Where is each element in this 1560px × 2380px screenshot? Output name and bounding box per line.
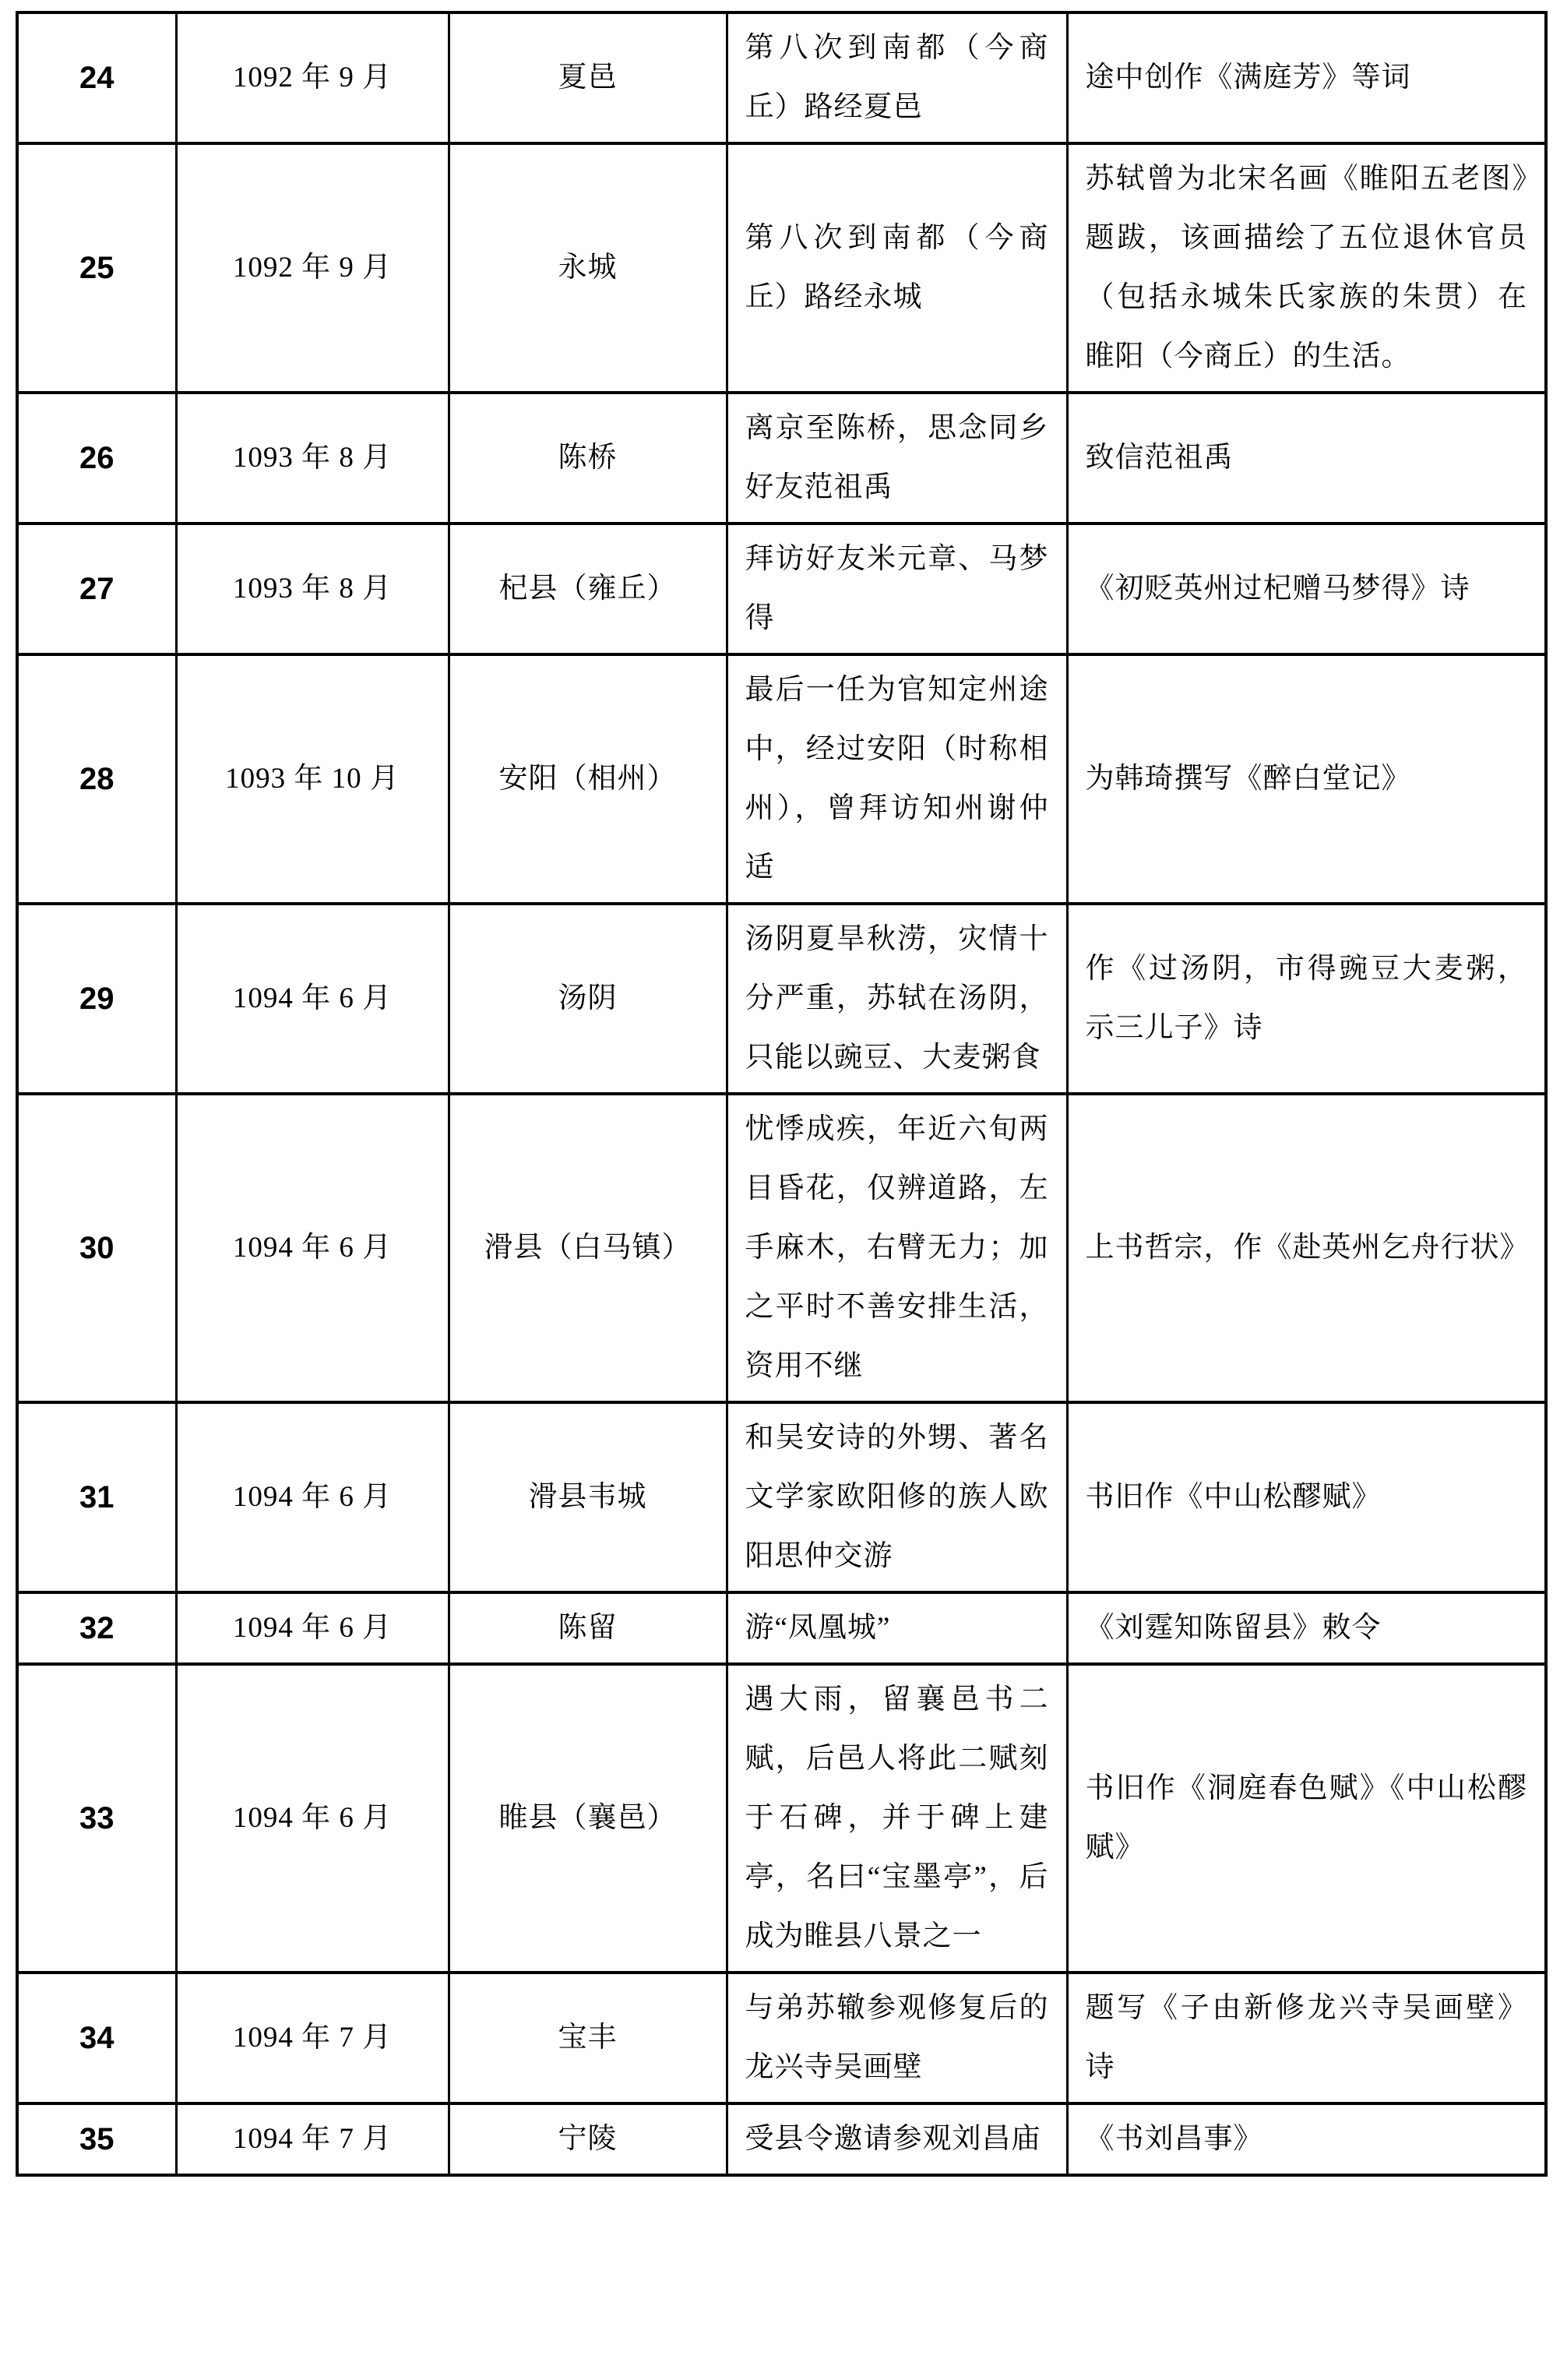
cell-works: 上书哲宗，作《赴英州乞舟行状》 [1067,1094,1546,1402]
cell-place: 陈桥 [449,393,727,524]
cell-date: 1094 年 6 月 [176,1094,449,1402]
table-row: 31 1094 年 6 月 滑县韦城 和吴安诗的外甥、著名文学家欧阳修的族人欧阳… [17,1402,1546,1592]
cell-date: 1094 年 7 月 [176,2103,449,2175]
cell-place: 陈留 [449,1592,727,1664]
cell-works: 致信范祖禹 [1067,393,1546,524]
table-row: 26 1093 年 8 月 陈桥 离京至陈桥，思念同乡好友范祖禹 致信范祖禹 [17,393,1546,524]
cell-date: 1094 年 6 月 [176,1402,449,1592]
cell-event: 与弟苏辙参观修复后的龙兴寺吴画壁 [727,1973,1067,2103]
cell-event: 拜访好友米元章、马梦得 [727,524,1067,654]
cell-row-number: 29 [17,904,176,1094]
table-row: 28 1093 年 10 月 安阳（相州） 最后一任为官知定州途中，经过安阳（时… [17,654,1546,904]
cell-date: 1094 年 7 月 [176,1973,449,2103]
cell-event: 汤阴夏旱秋涝，灾情十分严重，苏轼在汤阴，只能以豌豆、大麦粥食 [727,904,1067,1094]
cell-date: 1094 年 6 月 [176,1592,449,1664]
cell-place: 睢县（襄邑） [449,1664,727,1973]
cell-works: 作《过汤阴，市得豌豆大麦粥，示三儿子》诗 [1067,904,1546,1094]
cell-place: 安阳（相州） [449,654,727,904]
cell-place: 滑县（白马镇） [449,1094,727,1402]
cell-event: 和吴安诗的外甥、著名文学家欧阳修的族人欧阳思仲交游 [727,1402,1067,1592]
table-row: 32 1094 年 6 月 陈留 游“凤凰城” 《刘霆知陈留县》敕令 [17,1592,1546,1664]
cell-row-number: 34 [17,1973,176,2103]
table-row: 25 1092 年 9 月 永城 第八次到南都（今商丘）路经永城 苏轼曾为北宋名… [17,143,1546,393]
cell-event: 第八次到南都（今商丘）路经夏邑 [727,12,1067,143]
cell-event: 遇大雨，留襄邑书二赋，后邑人将此二赋刻于石碑，并于碑上建亭，名曰“宝墨亭”，后成… [727,1664,1067,1973]
cell-place: 汤阴 [449,904,727,1094]
cell-row-number: 24 [17,12,176,143]
cell-date: 1093 年 8 月 [176,393,449,524]
cell-works: 书旧作《洞庭春色赋》《中山松醪赋》 [1067,1664,1546,1973]
cell-place: 杞县（雍丘） [449,524,727,654]
itinerary-table: 24 1092 年 9 月 夏邑 第八次到南都（今商丘）路经夏邑 途中创作《满庭… [16,11,1548,2177]
cell-date: 1092 年 9 月 [176,12,449,143]
cell-event: 离京至陈桥，思念同乡好友范祖禹 [727,393,1067,524]
cell-works: 途中创作《满庭芳》等词 [1067,12,1546,143]
cell-place: 宝丰 [449,1973,727,2103]
cell-works: 《初贬英州过杞赠马梦得》诗 [1067,524,1546,654]
cell-event: 游“凤凰城” [727,1592,1067,1664]
cell-date: 1093 年 8 月 [176,524,449,654]
cell-works: 为韩琦撰写《醉白堂记》 [1067,654,1546,904]
cell-row-number: 28 [17,654,176,904]
cell-place: 永城 [449,143,727,393]
cell-date: 1093 年 10 月 [176,654,449,904]
cell-works: 书旧作《中山松醪赋》 [1067,1402,1546,1592]
cell-row-number: 25 [17,143,176,393]
cell-works: 苏轼曾为北宋名画《睢阳五老图》题跋，该画描绘了五位退休官员（包括永城朱氏家族的朱… [1067,143,1546,393]
cell-works: 《书刘昌事》 [1067,2103,1546,2175]
cell-event: 受县令邀请参观刘昌庙 [727,2103,1067,2175]
cell-row-number: 31 [17,1402,176,1592]
cell-event: 第八次到南都（今商丘）路经永城 [727,143,1067,393]
cell-row-number: 27 [17,524,176,654]
cell-date: 1094 年 6 月 [176,1664,449,1973]
cell-row-number: 26 [17,393,176,524]
document-page: 24 1092 年 9 月 夏邑 第八次到南都（今商丘）路经夏邑 途中创作《满庭… [0,0,1560,2177]
table-row: 27 1093 年 8 月 杞县（雍丘） 拜访好友米元章、马梦得 《初贬英州过杞… [17,524,1546,654]
cell-works: 题写《子由新修龙兴寺吴画壁》诗 [1067,1973,1546,2103]
cell-works: 《刘霆知陈留县》敕令 [1067,1592,1546,1664]
cell-event: 最后一任为官知定州途中，经过安阳（时称相州），曾拜访知州谢仲适 [727,654,1067,904]
cell-place: 夏邑 [449,12,727,143]
cell-row-number: 32 [17,1592,176,1664]
cell-date: 1094 年 6 月 [176,904,449,1094]
table-row: 30 1094 年 6 月 滑县（白马镇） 忧悸成疾，年近六旬两目昏花，仅辨道路… [17,1094,1546,1402]
cell-place: 滑县韦城 [449,1402,727,1592]
table-row: 33 1094 年 6 月 睢县（襄邑） 遇大雨，留襄邑书二赋，后邑人将此二赋刻… [17,1664,1546,1973]
cell-row-number: 33 [17,1664,176,1973]
itinerary-table-body: 24 1092 年 9 月 夏邑 第八次到南都（今商丘）路经夏邑 途中创作《满庭… [17,12,1546,2175]
table-row: 34 1094 年 7 月 宝丰 与弟苏辙参观修复后的龙兴寺吴画壁 题写《子由新… [17,1973,1546,2103]
cell-place: 宁陵 [449,2103,727,2175]
table-row: 29 1094 年 6 月 汤阴 汤阴夏旱秋涝，灾情十分严重，苏轼在汤阴，只能以… [17,904,1546,1094]
cell-row-number: 30 [17,1094,176,1402]
cell-event: 忧悸成疾，年近六旬两目昏花，仅辨道路，左手麻木，右臂无力；加之平时不善安排生活，… [727,1094,1067,1402]
cell-row-number: 35 [17,2103,176,2175]
cell-date: 1092 年 9 月 [176,143,449,393]
table-row: 24 1092 年 9 月 夏邑 第八次到南都（今商丘）路经夏邑 途中创作《满庭… [17,12,1546,143]
table-row: 35 1094 年 7 月 宁陵 受县令邀请参观刘昌庙 《书刘昌事》 [17,2103,1546,2175]
